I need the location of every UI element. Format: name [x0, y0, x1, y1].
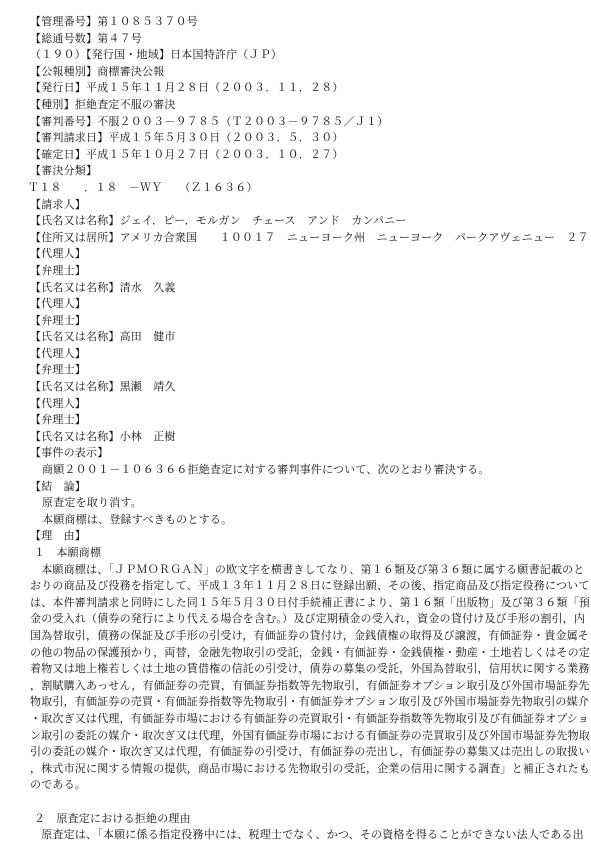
field-label: 【代理人】 [30, 247, 86, 260]
field-label: 【氏名又は名称】 [30, 380, 120, 393]
field-label: 【公報種別】 [30, 65, 97, 78]
field-label: 【住所又は居所】 [30, 231, 120, 244]
field-value: 拒絶査定不服の審決 [75, 98, 176, 111]
field-label: 【代理人】 [30, 297, 86, 310]
agent-heading: 【代理人】 [30, 246, 570, 263]
conclusion-heading: 【結 論】 [30, 479, 570, 496]
patent-attorney-heading: 【弁理士】 [30, 263, 570, 280]
field-label: 【審判請求日】 [30, 131, 108, 144]
field-request-date: 【審判請求日】平成１５年５月３０日（２００３．５．３０） [30, 130, 570, 147]
field-value: 平成１５年１０月２７日（２００３．１０．２７） [86, 148, 344, 161]
section-heading: １ 本願商標 [30, 545, 570, 562]
field-label: 【確定日】 [30, 148, 86, 161]
field-label: 【弁理士】 [30, 363, 86, 376]
field-management-number: 【管理番号】第１０８５３７０号 [30, 14, 570, 31]
field-label: 【請求人】 [30, 198, 86, 211]
field-label: 【発行日】 [30, 81, 86, 94]
paragraph-line: の他の物品の保護預かり，両替，金融先物取引の受託，金銭・有価証券・金銭債権・動産… [30, 645, 570, 662]
field-label: 【弁理士】 [30, 413, 86, 426]
paragraph-line: ン取引の委託の媒介・取次ぎ又は代理，外国有価証券市場における有価証券の売買取引及… [30, 728, 570, 745]
agent-name: 【氏名又は名称】高田 健市 [30, 329, 570, 346]
agent-heading: 【代理人】 [30, 296, 570, 313]
agent-name: 【氏名又は名称】黒瀬 靖久 [30, 379, 570, 396]
field-decision-classification: 【審決分類】 [30, 163, 570, 180]
conclusion-line: 本願商標は、登録すべきものとする。 [30, 512, 570, 529]
field-value: 不服２００３－９７８５（Ｔ２００３－９７８５／Ｊ１） [97, 115, 388, 128]
patent-attorney-heading: 【弁理士】 [30, 313, 570, 330]
field-gazette-type: 【公報種別】商標審決公報 [30, 64, 570, 81]
paragraph-line: 着物又は地上権若しくは土地の賃借権の信託の引受け，債券の募集の受託，外国為替取引… [30, 661, 570, 678]
field-label: 【弁理士】 [30, 314, 86, 327]
field-label: 【氏名又は名称】 [30, 214, 120, 227]
field-label: 【弁理士】 [30, 264, 86, 277]
agent-heading: 【代理人】 [30, 396, 570, 413]
paragraph-line: ，割賦購入あっせん，有価証券の売買，有価証券指数等先物取引，有価証券オプション取… [30, 678, 570, 695]
field-appeal-number: 【審判番号】不服２００３－９７８５（Ｔ２００３－９７８５／Ｊ１） [30, 114, 570, 131]
case-heading: 【事件の表示】 [30, 445, 570, 462]
paragraph-line: 引の委託の媒介・取次ぎ又は代理，有価証券の引受け，有価証券の売出し，有価証券の募… [30, 744, 570, 761]
party-requester-address: 【住所又は居所】アメリカ合衆国 １００１７ ニューヨーク州 ニューヨーク パーク… [30, 230, 570, 247]
patent-attorney-heading: 【弁理士】 [30, 362, 570, 379]
field-value: アメリカ合衆国 １００１７ ニューヨーク州 ニューヨーク パークアヴェニュー ２… [120, 231, 591, 244]
field-kind: 【種別】拒絶査定不服の審決 [30, 97, 570, 114]
paragraph-line: 原査定は、「本願に係る指定役務中には、税理士でなく、かつ、その資格を得ることがで… [30, 827, 570, 844]
field-issue-date: 【発行日】平成１５年１１月２８日（２００３．１１．２８） [30, 80, 570, 97]
field-value: 小林 正樹 [120, 430, 176, 443]
field-value: 商標審決公報 [97, 65, 164, 78]
field-value: 日本国特許庁（ＪＰ） [170, 48, 282, 61]
field-value: 黒瀬 靖久 [120, 380, 176, 393]
section-1-paragraph: 本願商標は、「ＪＰＭＯＲＧＡＮ」の欧文字を横書きしてなり、第１６類及び第３６類に… [30, 562, 570, 794]
paragraph-line: ，株式市況に関する情報の提供，商品市場における先物取引の受託，企業の信用に関する… [30, 761, 570, 778]
paragraph-line: 金の受入れ（債券の発行により代える場合を含む。）及び定期積金の受入れ，資金の貸付… [30, 611, 570, 628]
field-label: 【総通号数】 [30, 32, 97, 45]
paragraph-line: 物取引，有価証券の売買・有価証券指数等先物取引・有価証券オプション取引及び外国市… [30, 694, 570, 711]
field-label: 【代理人】 [30, 397, 86, 410]
field-value: ジェイ．ピー．モルガン チェース アンド カンパニー [120, 214, 407, 227]
field-value: 平成１５年１１月２８日（２００３．１１．２８） [86, 81, 344, 94]
field-final-date: 【確定日】平成１５年１０月２７日（２００３．１０．２７） [30, 147, 570, 164]
agent-name: 【氏名又は名称】小林 正樹 [30, 429, 570, 446]
field-value: 第１０８５３７０号 [97, 15, 198, 28]
case-text: 商願２００１－１０６３６６拒絶査定に対する審判事件について、次のとおり審決する。 [30, 462, 570, 479]
field-value: 第４７号 [97, 32, 142, 45]
party-requester-name: 【氏名又は名称】ジェイ．ピー．モルガン チェース アンド カンパニー [30, 213, 570, 230]
paragraph-line: のである。 [30, 777, 570, 794]
field-value: 平成１５年５月３０日（２００３．５．３０） [108, 131, 343, 144]
field-label: （１９０）【発行国・地域】 [30, 48, 170, 61]
section-2-paragraph: 原査定は、「本願に係る指定役務中には、税理士でなく、かつ、その資格を得ることがで… [30, 827, 570, 844]
section-heading: ２ 原査定における拒絶の理由 [30, 811, 570, 828]
field-label: 【審決分類】 [30, 164, 97, 177]
field-label: 【氏名又は名称】 [30, 430, 120, 443]
field-label: 【審判番号】 [30, 115, 97, 128]
field-value: 清水 久義 [120, 281, 176, 294]
field-label: 【氏名又は名称】 [30, 281, 120, 294]
paragraph-line: 国為替取引，債務の保証及び手形の引受け，有価証券の貸付け，金銭債権の取得及び譲渡… [30, 628, 570, 645]
field-label: 【代理人】 [30, 347, 86, 360]
paragraph-line: おりの商品及び役務を指定して、平成１３年１１月２８日に登録出願、その後、指定商品… [30, 578, 570, 595]
field-issuing-country: （１９０）【発行国・地域】日本国特許庁（ＪＰ） [30, 47, 570, 64]
field-value: 高田 健市 [120, 330, 176, 343]
field-label: 【種別】 [30, 98, 75, 111]
paragraph-line: 本願商標は、「ＪＰＭＯＲＧＡＮ」の欧文字を横書きしてなり、第１６類及び第３６類に… [30, 562, 570, 579]
reasons-heading: 【理 由】 [30, 528, 570, 545]
agent-heading: 【代理人】 [30, 346, 570, 363]
agent-name: 【氏名又は名称】清水 久義 [30, 280, 570, 297]
field-issue-number: 【総通号数】第４７号 [30, 31, 570, 48]
spacer [30, 794, 570, 811]
field-label: 【管理番号】 [30, 15, 97, 28]
conclusion-line: 原査定を取り消す。 [30, 495, 570, 512]
field-label: 【氏名又は名称】 [30, 330, 120, 343]
document-page: 【管理番号】第１０８５３７０号 【総通号数】第４７号 （１９０）【発行国・地域】… [30, 14, 570, 844]
patent-attorney-heading: 【弁理士】 [30, 412, 570, 429]
party-requester-heading: 【請求人】 [30, 197, 570, 214]
paragraph-line: は、本件審判請求と同時にした同１５年５月３０日付手続補正書により、第１６類「出版… [30, 595, 570, 612]
paragraph-line: ・取次ぎ又は代理，有価証券市場における有価証券の売買取引・有価証券指数等先物取引… [30, 711, 570, 728]
classification-code: Ｔ１８ ．１８ －ＷＹ （Ｚ１６３６） [28, 180, 570, 197]
